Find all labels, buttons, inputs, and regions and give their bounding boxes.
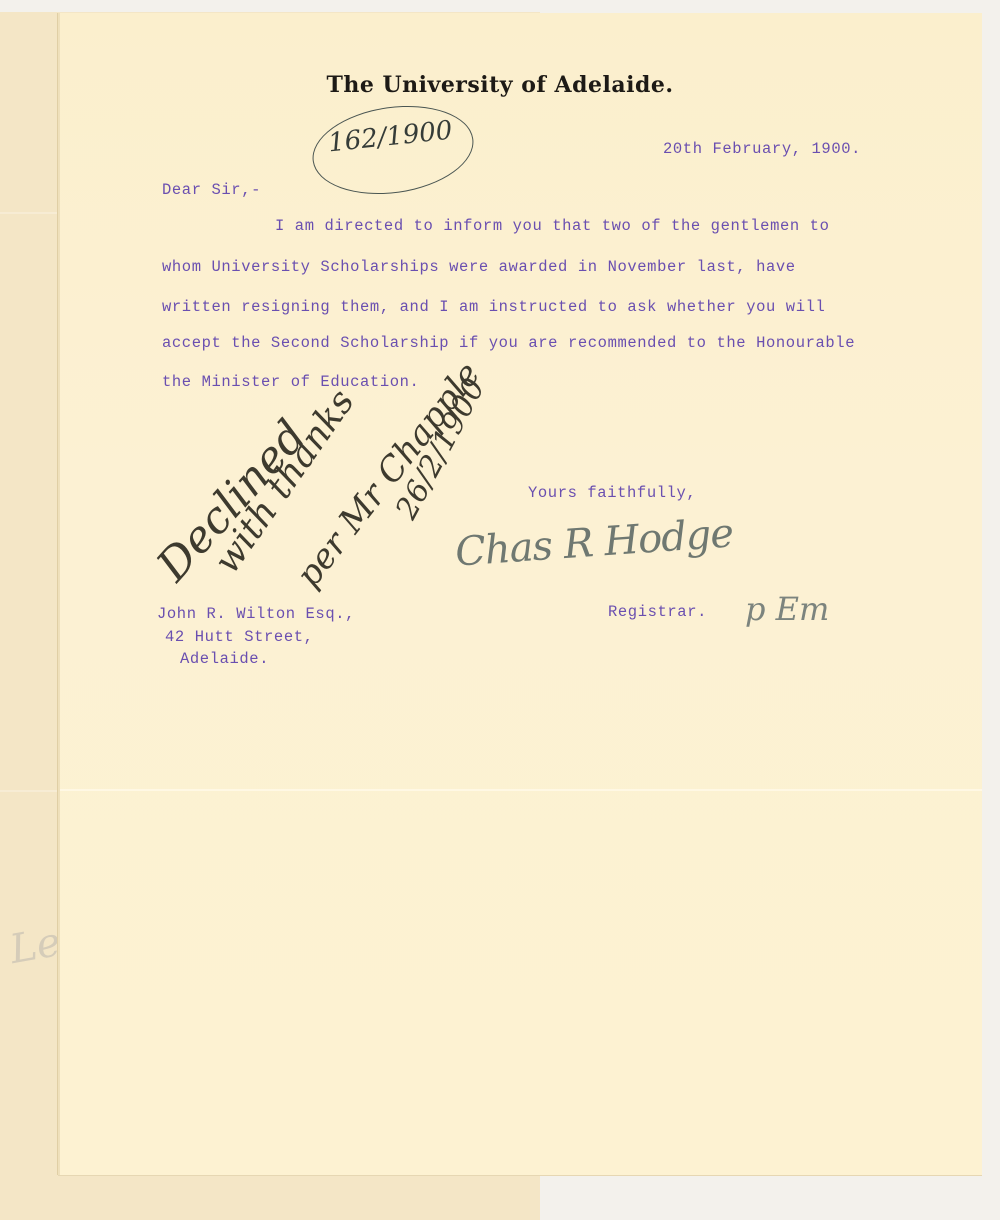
body-line: accept the Second Scholarship if you are…	[162, 334, 855, 352]
body-line: I am directed to inform you that two of …	[275, 217, 829, 235]
fold-crease	[0, 790, 60, 792]
closing: Yours faithfully,	[528, 484, 696, 502]
recipient-name: John R. Wilton Esq.,	[157, 605, 355, 623]
fold-crease	[0, 212, 60, 214]
letter-date: 20th February, 1900.	[663, 140, 861, 158]
horizontal-fold	[60, 789, 982, 791]
recipient-city: Adelaide.	[180, 650, 269, 668]
body-line: the Minister of Education.	[162, 373, 419, 391]
recipient-street: 42 Hutt Street,	[165, 628, 314, 646]
letterhead: The University of Adelaide.	[290, 72, 710, 98]
salutation: Dear Sir,-	[162, 181, 261, 199]
signatory-initials: p Em	[745, 590, 829, 628]
body-line: whom University Scholarships were awarde…	[162, 258, 796, 276]
signatory-title: Registrar.	[608, 603, 707, 621]
body-line: written resigning them, and I am instruc…	[162, 298, 825, 316]
